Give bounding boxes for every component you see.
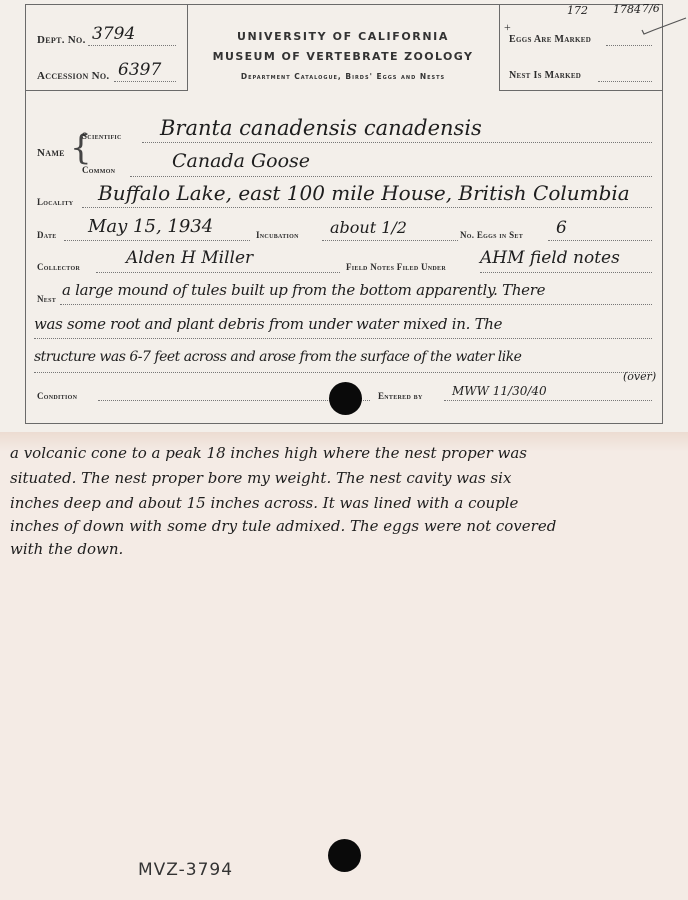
- header-museum: MUSEUM OF VERTEBRATE ZOOLOGY: [187, 50, 499, 63]
- header-university: UNIVERSITY OF CALIFORNIA: [187, 30, 499, 43]
- over-note: (over): [623, 370, 656, 383]
- top-note-172: 172: [567, 4, 588, 17]
- locality-label: Locality: [37, 197, 73, 207]
- incubation-label: Incubation: [256, 230, 299, 240]
- name-label: Name: [37, 147, 65, 159]
- collector-value: Alden H Miller: [126, 248, 253, 268]
- entered-by-line: [444, 400, 652, 401]
- back-text-line-3: inches deep and about 15 inches across. …: [10, 494, 518, 512]
- nest-line-3: [34, 372, 652, 373]
- checkmark-icon: [640, 16, 688, 36]
- field-notes-label: Field Notes Filed Under: [346, 262, 446, 272]
- card-back: a volcanic cone to a peak 18 inches high…: [0, 432, 688, 900]
- nest-text-line-2: was some root and plant debris from unde…: [34, 315, 502, 333]
- nest-line-2: [34, 338, 652, 339]
- scientific-name-value: Branta canadensis canadensis: [160, 116, 482, 140]
- condition-label: Condition: [37, 391, 77, 401]
- top-note-date: 7/6: [642, 2, 660, 15]
- dept-no-value: 3794: [92, 24, 135, 44]
- common-label: Common: [82, 165, 115, 175]
- dept-no-label: Dept. No.: [37, 34, 86, 46]
- nest-label: Nest: [37, 294, 56, 304]
- nest-text-line-3: structure was 6-7 feet across and arose …: [34, 349, 521, 365]
- card-front: Dept. No. 3794 Accession No. 6397 UNIVER…: [0, 0, 688, 432]
- eggs-marked-label: Eggs Are Marked: [509, 34, 591, 45]
- date-value: May 15, 1934: [88, 216, 213, 237]
- plus-mark: +: [504, 20, 511, 35]
- locality-value: Buffalo Lake, east 100 mile House, Briti…: [98, 181, 630, 205]
- locality-line: [82, 207, 652, 208]
- collector-label: Collector: [37, 262, 80, 272]
- back-text-line-2: situated. The nest proper bore my weight…: [10, 469, 511, 487]
- punch-hole-bottom: [328, 839, 361, 872]
- back-text-line-4: inches of down with some dry tule admixe…: [10, 517, 556, 535]
- common-line: [130, 176, 652, 177]
- entered-by-value: MWW 11/30/40: [452, 384, 547, 398]
- incubation-value: about 1/2: [330, 218, 407, 237]
- back-text-line-1: a volcanic cone to a peak 18 inches high…: [10, 444, 527, 462]
- field-notes-line: [480, 272, 652, 273]
- dept-no-line: [88, 45, 176, 46]
- eggs-in-set-value: 6: [556, 218, 567, 238]
- eggs-in-set-label: No. Eggs in Set: [460, 230, 523, 240]
- incubation-line: [322, 240, 458, 241]
- eggs-in-set-line: [548, 240, 652, 241]
- nest-text-line-1: a large mound of tules built up from the…: [62, 281, 545, 299]
- common-name-value: Canada Goose: [172, 150, 310, 172]
- header-department: Department Catalogue, Birds' Eggs and Ne…: [187, 72, 499, 81]
- eggs-marked-line: [606, 45, 652, 46]
- field-notes-value: AHM field notes: [480, 248, 620, 268]
- nest-marked-label: Nest Is Marked: [509, 70, 581, 81]
- accession-no-line: [114, 81, 176, 82]
- scientific-label: Scientific: [82, 131, 122, 141]
- collector-line: [96, 272, 340, 273]
- nest-marked-line: [598, 81, 652, 82]
- accession-no-value: 6397: [118, 60, 161, 80]
- catalog-stamp: MVZ-3794: [138, 860, 233, 880]
- date-line: [64, 240, 250, 241]
- back-text-line-5: with the down.: [10, 540, 123, 558]
- date-label: Date: [37, 230, 57, 240]
- top-note-1784: 1784: [613, 3, 641, 16]
- entered-by-label: Entered by: [378, 391, 423, 401]
- scientific-line: [142, 142, 652, 143]
- accession-no-label: Accession No.: [37, 70, 109, 82]
- punch-hole-top: [329, 382, 362, 415]
- nest-line-1: [60, 304, 652, 305]
